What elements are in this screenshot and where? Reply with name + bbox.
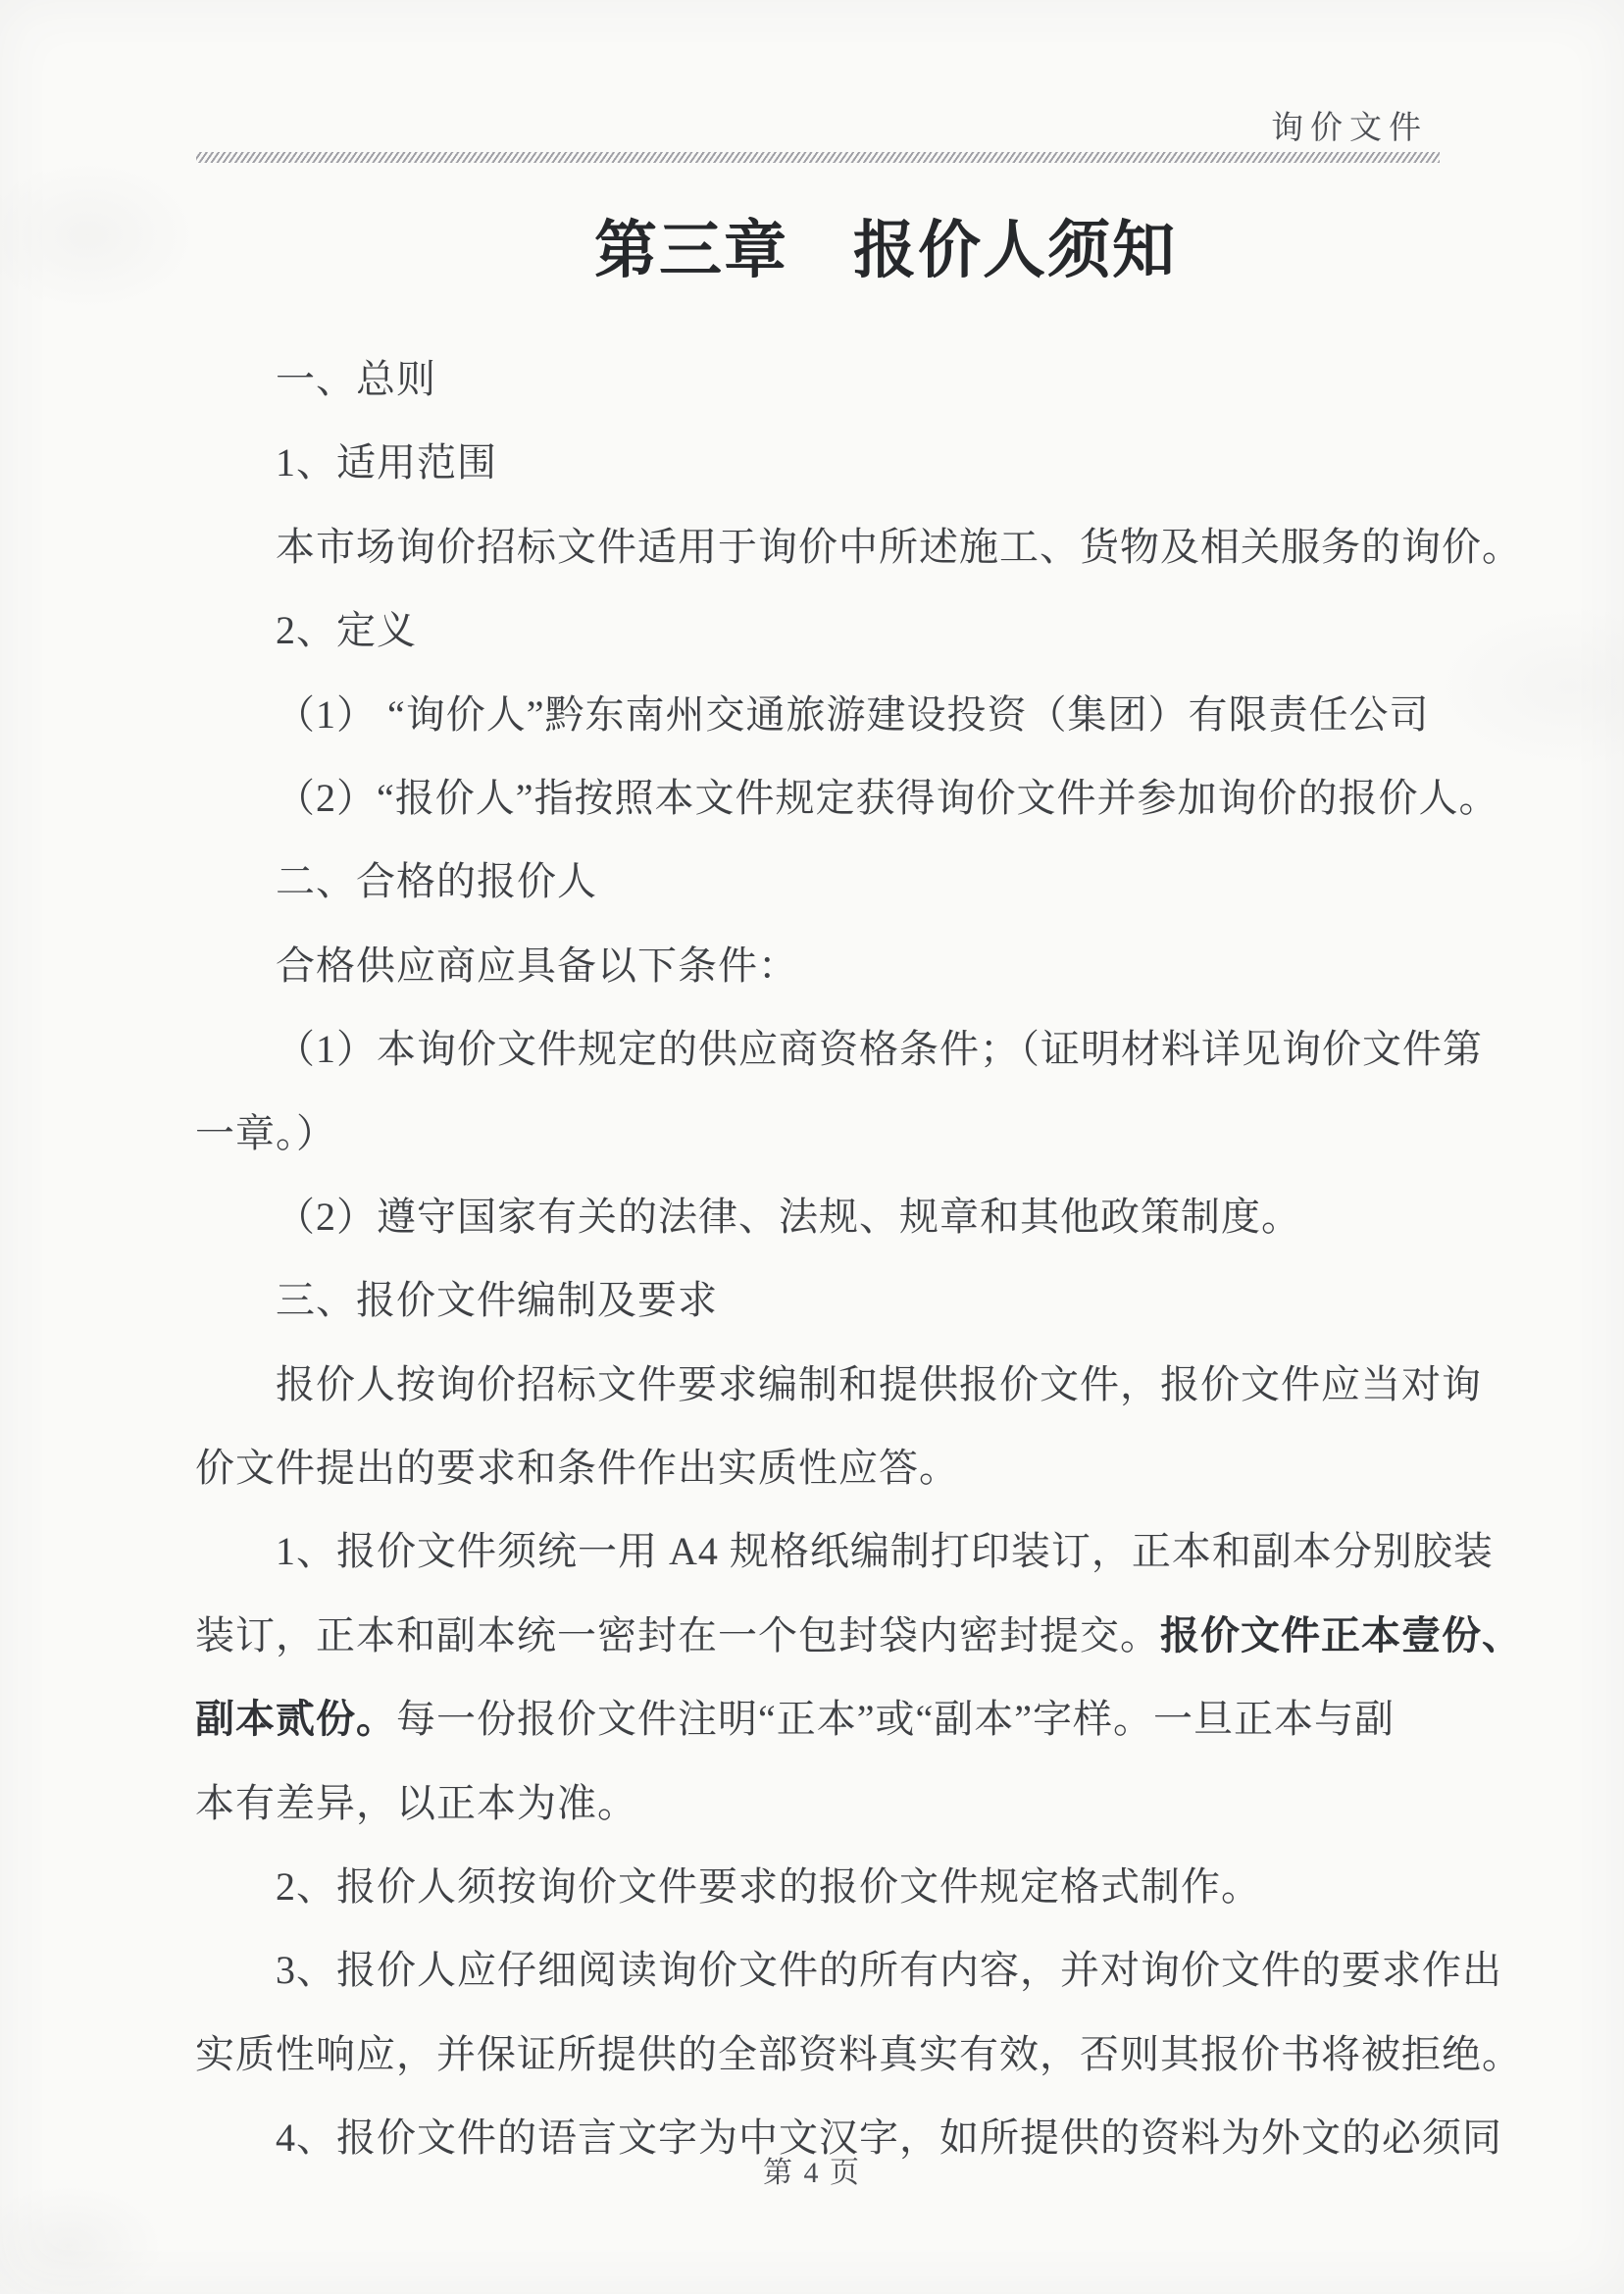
body-text: 一、总则1、适用范围本市场询价招标文件适用于询价中所述施工、货物及相关服务的询价… bbox=[195, 337, 1443, 2180]
text-line: 2、报价人须按询价文件要求的报价文件规定格式制作。 bbox=[195, 1845, 1443, 1928]
text-segment: 实质性响应，并保证所提供的全部资料真实有效，否则其报价书将被拒绝。 bbox=[195, 2032, 1522, 2076]
text-line: （2）遵守国家有关的法律、法规、规章和其他政策制度。 bbox=[195, 1175, 1443, 1258]
text-line: 3、报价人应仔细阅读询价文件的所有内容，并对询价文件的要求作出 bbox=[195, 1928, 1443, 2012]
text-segment: 价文件提出的要求和条件作出实质性应答。 bbox=[195, 1446, 959, 1490]
text-line: 2、定义 bbox=[195, 588, 1443, 672]
text-segment: 装订，正本和副本统一密封在一个包封袋内密封提交。 bbox=[195, 1613, 1160, 1657]
text-segment: 1、适用范围 bbox=[276, 440, 497, 484]
text-segment: 2、定义 bbox=[276, 608, 417, 652]
text-line: （2）“报价人”指按照本文件规定获得询价文件并参加询价的报价人。 bbox=[195, 756, 1443, 840]
page-number: 第 4 页 bbox=[0, 2148, 1624, 2191]
text-segment: （1）本询价文件规定的供应商资格条件；（证明材料详见询价文件第 bbox=[276, 1027, 1483, 1071]
text-line: 本市场询价招标文件适用于询价中所述施工、货物及相关服务的询价。 bbox=[195, 505, 1443, 588]
text-segment: 本市场询价招标文件适用于询价中所述施工、货物及相关服务的询价。 bbox=[276, 525, 1522, 569]
text-segment: 报价人按询价招标文件要求编制和提供报价文件，报价文件应当对询 bbox=[276, 1362, 1482, 1406]
text-segment: 每一份报价文件注明“正本”或“副本”字样。一旦正本与副 bbox=[396, 1697, 1395, 1741]
hatched-divider-rule bbox=[196, 152, 1440, 163]
page-header-label: 询价文件 bbox=[1271, 102, 1428, 148]
text-line: 一章。） bbox=[195, 1092, 1443, 1175]
text-segment: 二、合格的报价人 bbox=[276, 859, 597, 903]
text-line: 装订，正本和副本统一密封在一个包封袋内密封提交。报价文件正本壹份、 bbox=[195, 1594, 1443, 1677]
text-line: 副本贰份。每一份报价文件注明“正本”或“副本”字样。一旦正本与副 bbox=[195, 1677, 1443, 1760]
text-line: 二、合格的报价人 bbox=[195, 840, 1443, 923]
text-line: 三、报价文件编制及要求 bbox=[195, 1258, 1443, 1342]
text-segment: （2）“报价人”指按照本文件规定获得询价文件并参加询价的报价人。 bbox=[276, 776, 1499, 820]
text-line: 实质性响应，并保证所提供的全部资料真实有效，否则其报价书将被拒绝。 bbox=[195, 2013, 1443, 2096]
chapter-title: 第三章 报价人须知 bbox=[0, 200, 1624, 290]
text-segment: 本有差异，以正本为准。 bbox=[195, 1781, 637, 1825]
text-segment: 一章。） bbox=[195, 1111, 336, 1155]
text-segment: 2、报价人须按询价文件要求的报价文件规定格式制作。 bbox=[276, 1864, 1261, 1909]
text-line: 1、报价文件须统一用 A4 规格纸编制打印装订，正本和副本分别胶装 bbox=[195, 1509, 1443, 1593]
text-segment: 一、总则 bbox=[276, 357, 436, 401]
text-segment: 合格供应商应具备以下条件： bbox=[276, 943, 798, 988]
text-segment: （2）遵守国家有关的法律、法规、规章和其他政策制度。 bbox=[276, 1195, 1301, 1239]
text-line: 本有差异，以正本为准。 bbox=[195, 1761, 1443, 1845]
text-line: 合格供应商应具备以下条件： bbox=[195, 924, 1443, 1007]
text-line: （1） “询价人”黔东南州交通旅游建设投资（集团）有限责任公司 bbox=[195, 673, 1443, 756]
text-line: 1、适用范围 bbox=[195, 421, 1443, 504]
text-line: 报价人按询价招标文件要求编制和提供报价文件，报价文件应当对询 bbox=[195, 1343, 1443, 1426]
text-segment: 1、报价文件须统一用 A4 规格纸编制打印装订，正本和副本分别胶装 bbox=[276, 1529, 1494, 1573]
bold-text-segment: 副本贰份。 bbox=[195, 1697, 396, 1741]
text-line: （1）本询价文件规定的供应商资格条件；（证明材料详见询价文件第 bbox=[195, 1007, 1443, 1091]
bold-text-segment: 报价文件正本壹份、 bbox=[1160, 1613, 1522, 1657]
text-segment: 3、报价人应仔细阅读询价文件的所有内容，并对询价文件的要求作出 bbox=[276, 1948, 1502, 1992]
text-line: 价文件提出的要求和条件作出实质性应答。 bbox=[195, 1426, 1443, 1509]
text-segment: 三、报价文件编制及要求 bbox=[276, 1278, 718, 1322]
document-page: 询价文件 第三章 报价人须知 一、总则1、适用范围本市场询价招标文件适用于询价中… bbox=[0, 0, 1624, 2294]
text-segment: （1） “询价人”黔东南州交通旅游建设投资（集团）有限责任公司 bbox=[276, 692, 1430, 737]
text-line: 一、总则 bbox=[195, 337, 1443, 421]
